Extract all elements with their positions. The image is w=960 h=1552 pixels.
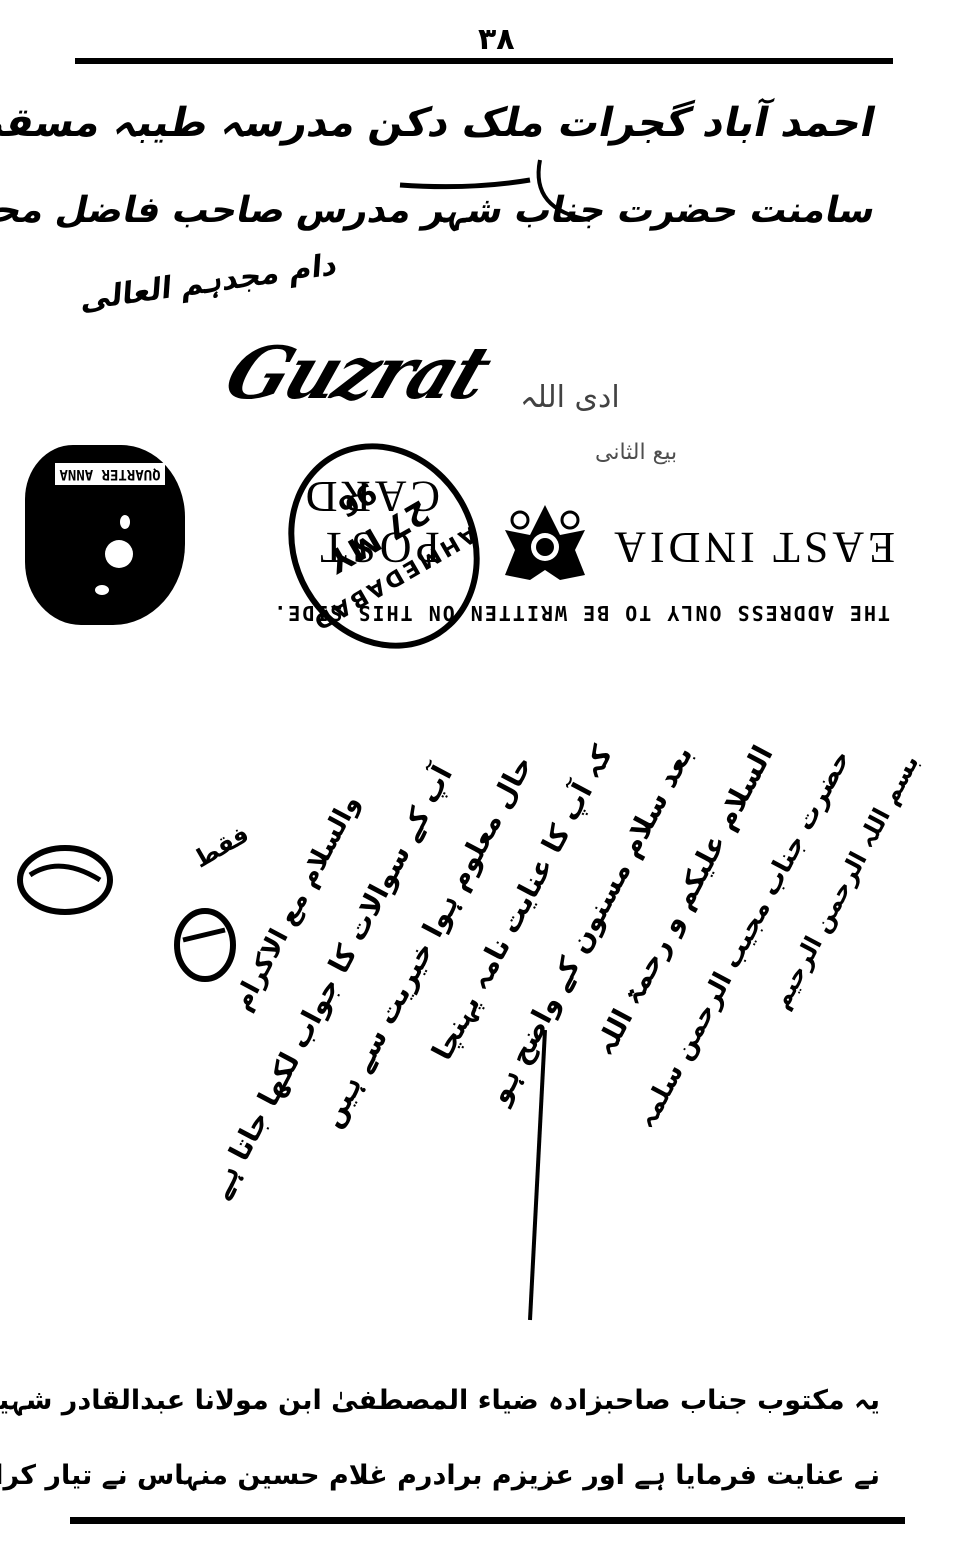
- signature-faint-text-2: بیع الثانی: [595, 440, 677, 465]
- caption-line-1: یہ مکتوب جناب صاحبزادہ ضیاء المصطفیٰ ابن…: [80, 1385, 880, 1416]
- caption-line-2: نے عنایت فرمایا ہے اور عزیزم برادرم غلام…: [80, 1460, 880, 1491]
- address-line-1: احمد آباد گجرات ملک دکن مدرسہ طیبہ مسقط …: [0, 100, 880, 146]
- postcard-title-left: EAST INDIA: [610, 522, 895, 573]
- underline-stroke: [390, 150, 650, 230]
- signature-faint-text: ادی اللہ: [520, 380, 620, 415]
- royal-crest-icon: [500, 500, 590, 585]
- letter-seal-flourish: [10, 835, 130, 925]
- postmark: 96 27 MY AHMEDABAD: [251, 408, 516, 684]
- postage-stamp: QUARTER ANNA: [25, 445, 185, 625]
- address-line-3: دام مجدہم العالی: [80, 247, 339, 319]
- stamp-highlight: [120, 515, 130, 529]
- letter-seal-flourish: [165, 900, 245, 990]
- postcard-instruction: THE ADDRESS ONLY TO BE WRITTEN ON THIS S…: [190, 601, 910, 625]
- stamp-label: QUARTER ANNA: [55, 463, 165, 485]
- signature: Guzrat: [215, 330, 501, 415]
- bottom-rule: [70, 1517, 905, 1524]
- letter-line: فقط: [189, 820, 254, 874]
- page-number: ۳۸: [478, 22, 515, 57]
- stamp-highlight: [95, 585, 109, 595]
- stamp-highlight: [105, 540, 133, 568]
- handwritten-letter: بسم اللہ الرحمن الرحیم حضرت جناب مجیب ال…: [0, 740, 960, 1380]
- top-rule: [75, 58, 893, 64]
- letter-long-stroke: [520, 1030, 560, 1330]
